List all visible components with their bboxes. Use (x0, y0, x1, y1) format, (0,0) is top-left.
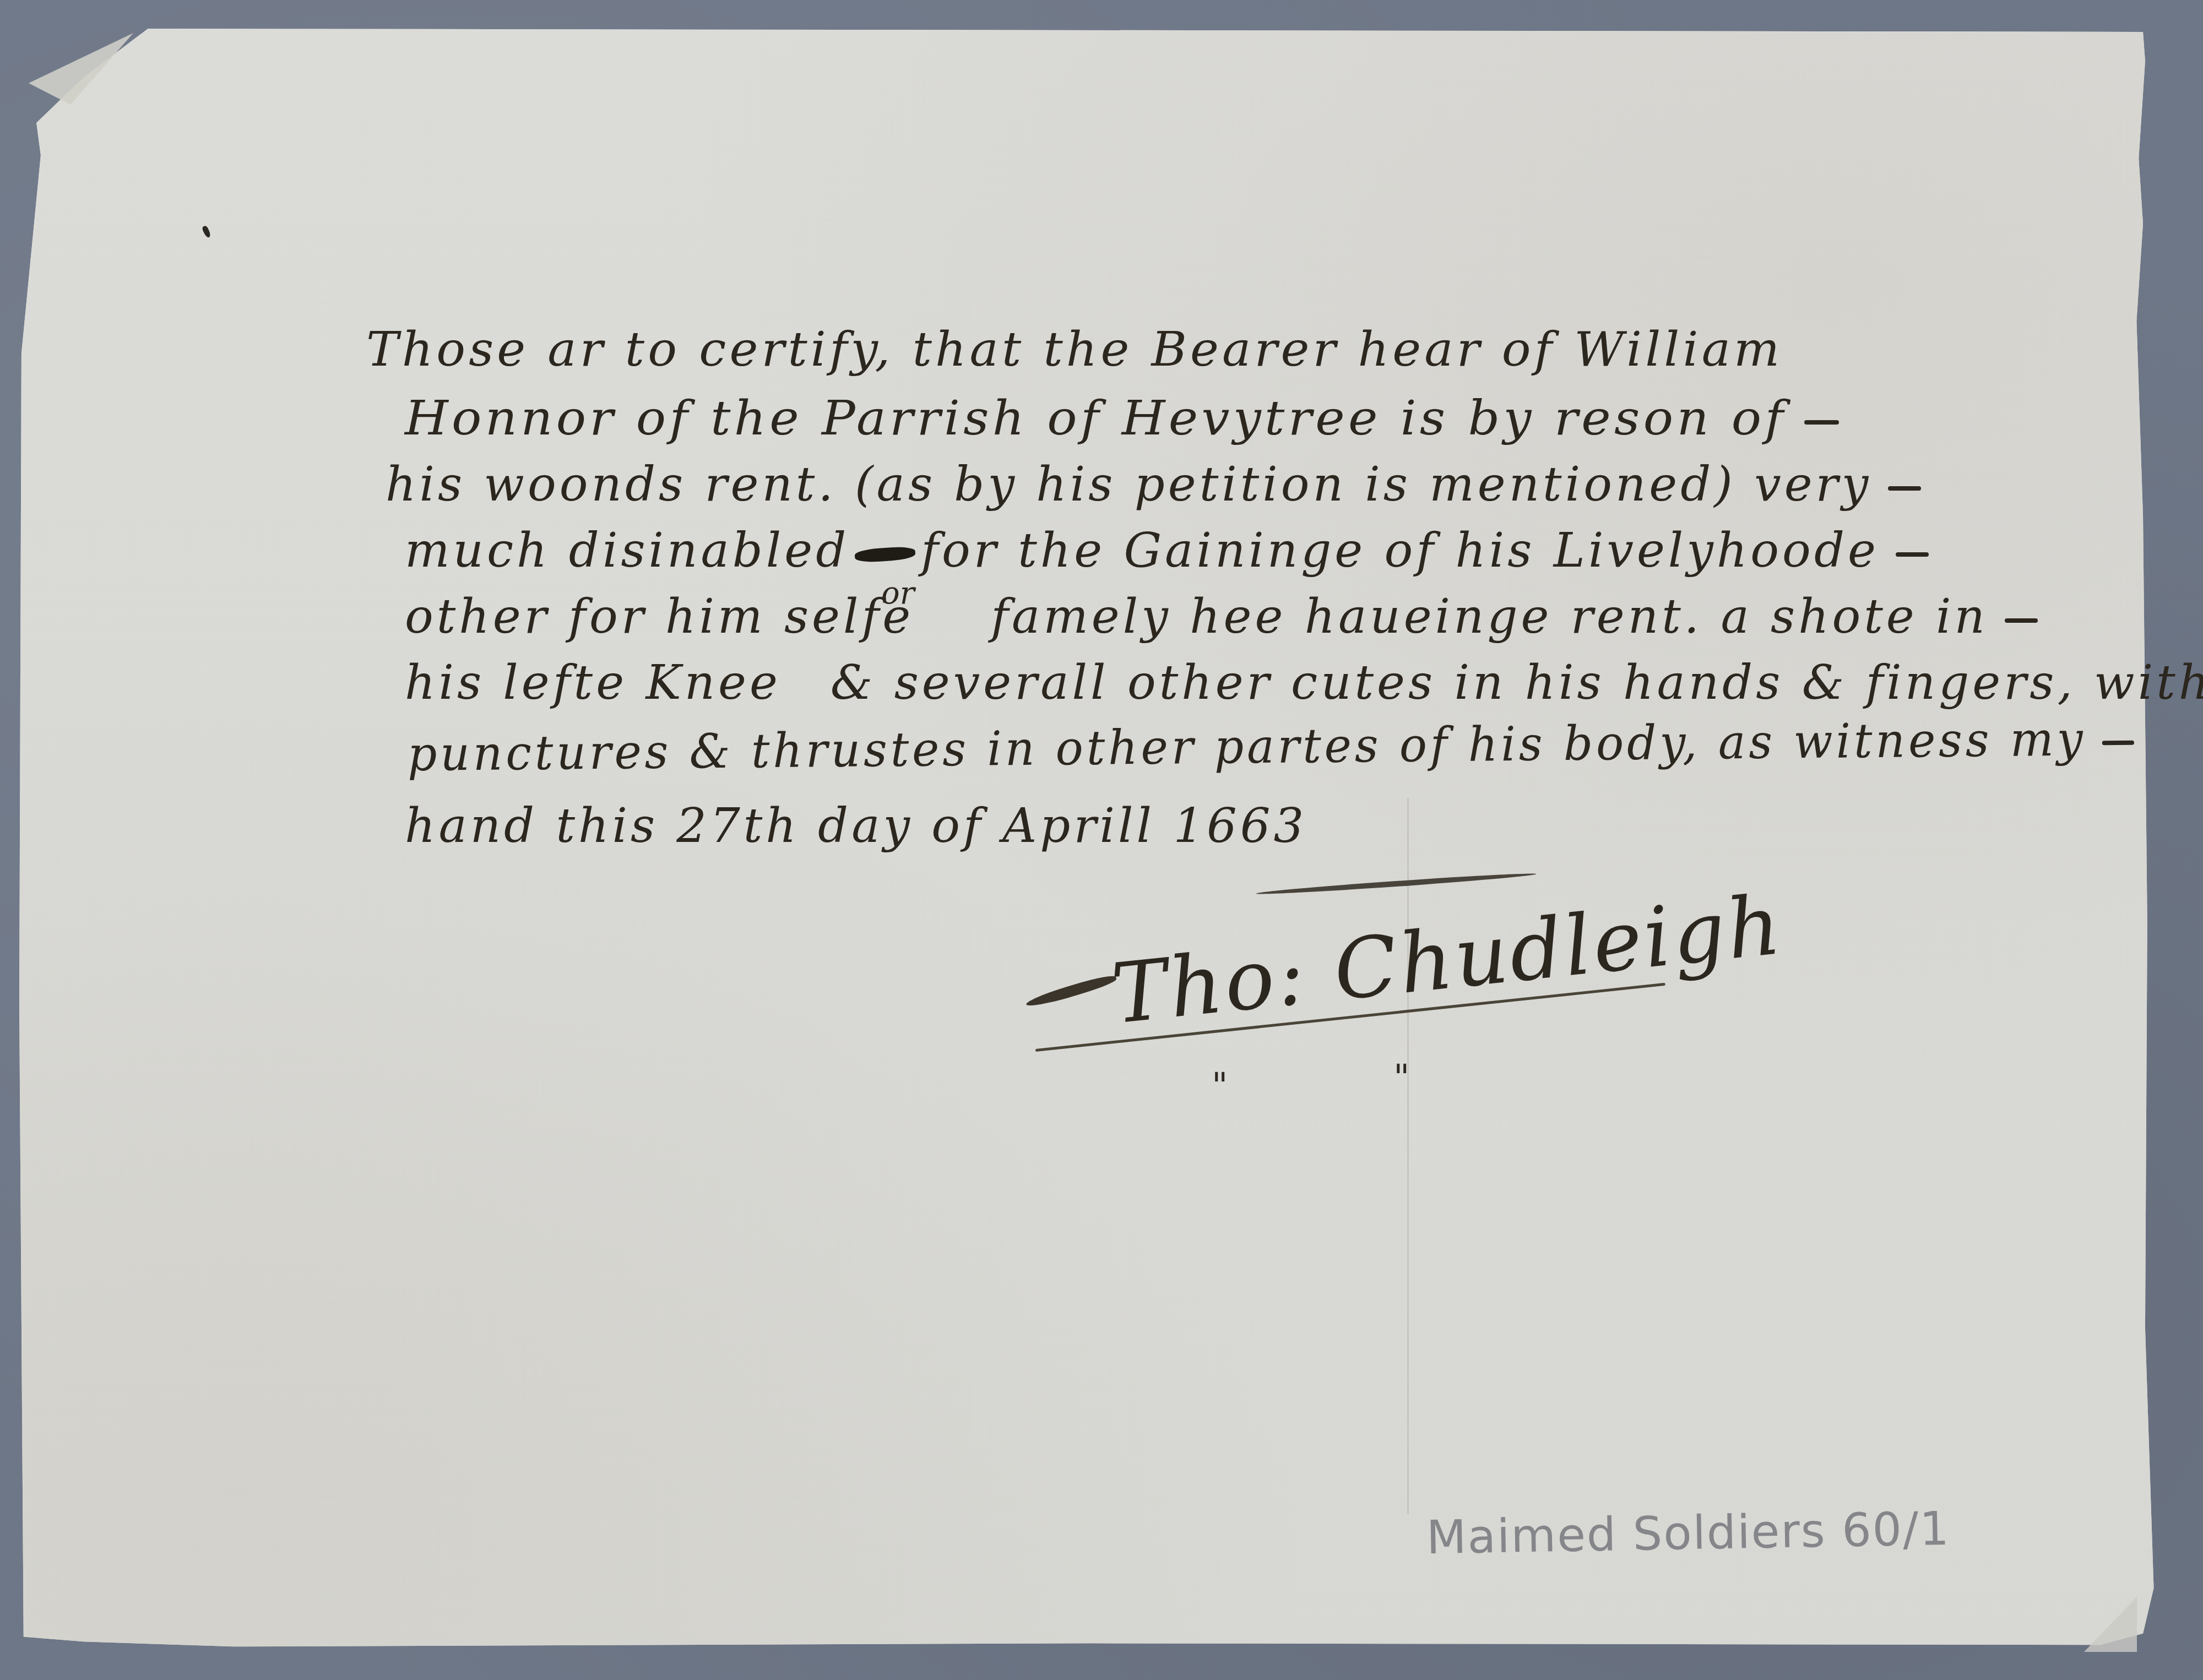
text-line-5: other for him selfefamely hee haueinge r… (405, 589, 2038, 644)
date-line-content: hand this 27th day of Aprill 1663 (405, 798, 1307, 853)
text-line-1: Those ar to certify, that the Bearer hea… (366, 322, 1783, 377)
text-line-4: much disinabledfor the Gaininge of his L… (405, 523, 1929, 578)
struck-out-word-blot (854, 546, 915, 563)
line-filler-dash (2102, 740, 2134, 745)
text-line-1-content: Those ar to certify, that the Bearer hea… (366, 322, 1783, 377)
text-line-7-content: punctures & thrustes in other partes of … (408, 712, 2086, 782)
signature-ditto-mark: " (1212, 1065, 1228, 1106)
line-filler-dash (2005, 618, 2038, 623)
text-line-4a-content: much disinabled (405, 523, 849, 578)
archival-pencil-annotation: Maimed Soldiers 60/1 (1426, 1502, 1950, 1565)
text-line-3: his woonds rent. (as by his petition is … (386, 457, 1921, 512)
line-filler-dash (1888, 486, 1921, 491)
text-line-3-content: his woonds rent. (as by his petition is … (386, 457, 1871, 512)
manuscript-text: Those ar to certify, that the Bearer hea… (0, 0, 2203, 1680)
text-line-8-dateline: hand this 27th day of Aprill 1663 (405, 798, 1307, 853)
text-line-6: his lefte Knee& severall other cutes in … (405, 655, 2203, 710)
date-flourish-underline (1256, 871, 1536, 896)
line-filler-dash (1896, 552, 1929, 557)
text-line-2: Honnor of the Parrish of Hevytree is by … (405, 391, 1839, 446)
line-filler-dash (1804, 420, 1839, 425)
signature: Tho: Chudleigh (1108, 877, 1787, 1043)
signature-pen-stroke (1025, 972, 1117, 1010)
text-line-5b-content: famely hee haueinge rent. a shote in (991, 589, 1988, 644)
text-line-6a-content: his lefte Knee (405, 655, 781, 710)
text-line-2-content: Honnor of the Parrish of Hevytree is by … (405, 391, 1787, 446)
text-line-4b-content: for the Gaininge of his Livelyhoode (921, 523, 1879, 578)
text-line-6b-content: & severall other cutes in his hands & fi… (831, 655, 2203, 710)
text-line-7: punctures & thrustes in other partes of … (408, 711, 2135, 782)
text-line-5a-content: other for him selfe (405, 589, 914, 644)
signature-ditto-mark: " (1393, 1057, 1409, 1098)
